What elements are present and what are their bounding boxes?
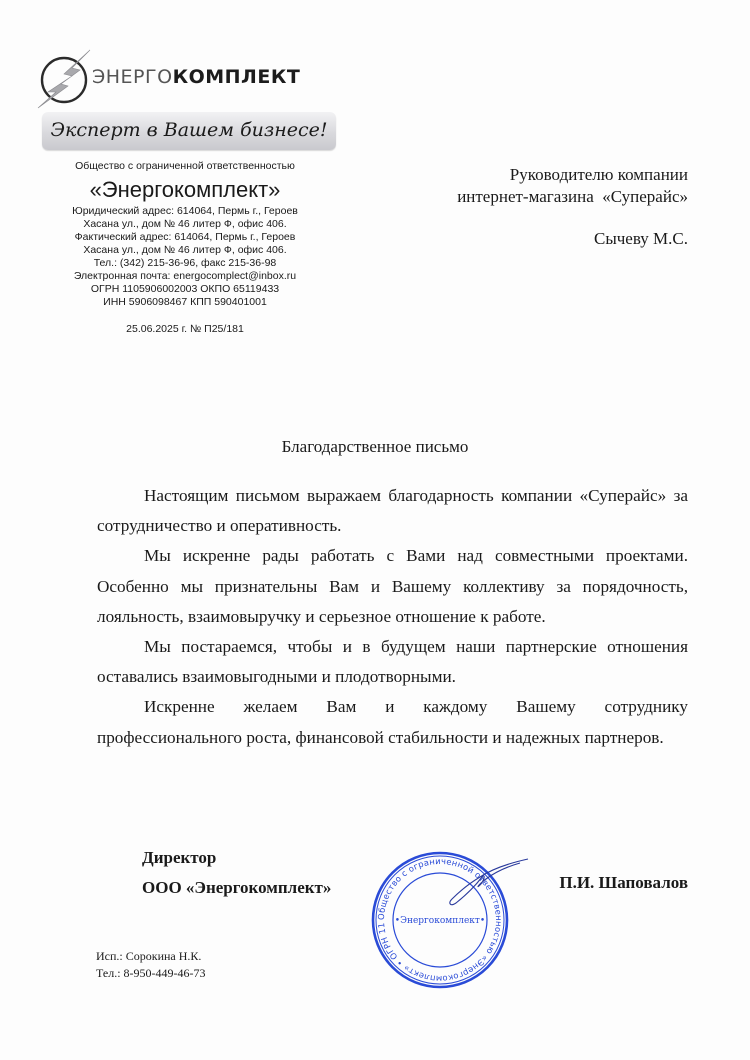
paragraph: Искренне желаем Вам и каждому Вашему сот… — [97, 692, 688, 752]
addressee-company: интернет-магазина «Суперайс» — [457, 186, 688, 208]
email: Электронная почта: energocomplect@inbox.… — [60, 270, 310, 283]
slogan-text: Эксперт в Вашем бизнесе! — [42, 119, 336, 141]
signatory-position: Директор — [142, 843, 331, 873]
lightning-logo-icon — [34, 48, 96, 110]
inn-kpp: ИНН 5906098467 КПП 590401001 — [60, 296, 310, 309]
actual-address-line-2: Хасана ул., дом № 46 литер Ф, офис 406. — [60, 244, 310, 257]
addressee-block: Руководителю компании интернет-магазина … — [457, 164, 688, 250]
slogan-banner: Эксперт в Вашем бизнесе! — [42, 112, 336, 150]
addressee-position: Руководителю компании — [457, 164, 688, 186]
actual-address-line-1: Фактический адрес: 614064, Пермь г., Гер… — [60, 231, 310, 244]
letter-date-number: 25.06.2025 г. № П25/181 — [60, 323, 310, 335]
logo-wordmark: ЭНЕРГОКОМПЛЕКТ — [92, 66, 300, 88]
letter-page: ЭНЕРГОКОМПЛЕКТ Эксперт в Вашем бизнесе! … — [0, 0, 750, 1060]
paragraph: Настоящим письмом выражаем благодарность… — [97, 481, 688, 541]
handwritten-signature — [440, 855, 530, 915]
executor-name: Исп.: Сорокина Н.К. — [96, 948, 206, 965]
signatory-name: П.И. Шаповалов — [559, 873, 688, 893]
executor-block: Исп.: Сорокина Н.К. Тел.: 8-950-449-46-7… — [96, 948, 206, 982]
legal-address-line-1: Юридический адрес: 614064, Пермь г., Гер… — [60, 205, 310, 218]
signatory-organization: ООО «Энергокомплект» — [142, 873, 331, 903]
signatory-block: Директор ООО «Энергокомплект» — [142, 843, 331, 903]
company-logo: ЭНЕРГОКОМПЛЕКТ — [34, 48, 344, 110]
stamp-center-text: •Энергокомплект• — [395, 916, 485, 926]
company-requisites: Общество с ограниченной ответственностью… — [60, 160, 310, 335]
logo-wordmark-dark: КОМПЛЕКТ — [173, 66, 301, 88]
executor-phone: Тел.: 8-950-449-46-73 — [96, 965, 206, 982]
phone-fax: Тел.: (342) 215-36-96, факс 215-36-98 — [60, 257, 310, 270]
legal-address-line-2: Хасана ул., дом № 46 литер Ф, офис 406. — [60, 218, 310, 231]
letter-body: Настоящим письмом выражаем благодарность… — [97, 481, 688, 753]
logo-wordmark-light: ЭНЕРГО — [92, 66, 173, 88]
addressee-name: Сычеву М.С. — [457, 228, 688, 250]
ogrn-okpo: ОГРН 1105906002003 ОКПО 65119433 — [60, 283, 310, 296]
letter-title: Благодарственное письмо — [0, 437, 750, 457]
company-name: «Энергокомплект» — [60, 175, 310, 205]
company-type: Общество с ограниченной ответственностью — [60, 160, 310, 173]
paragraph: Мы постараемся, чтобы и в будущем наши п… — [97, 632, 688, 692]
paragraph: Мы искренне рады работать с Вами над сов… — [97, 541, 688, 632]
